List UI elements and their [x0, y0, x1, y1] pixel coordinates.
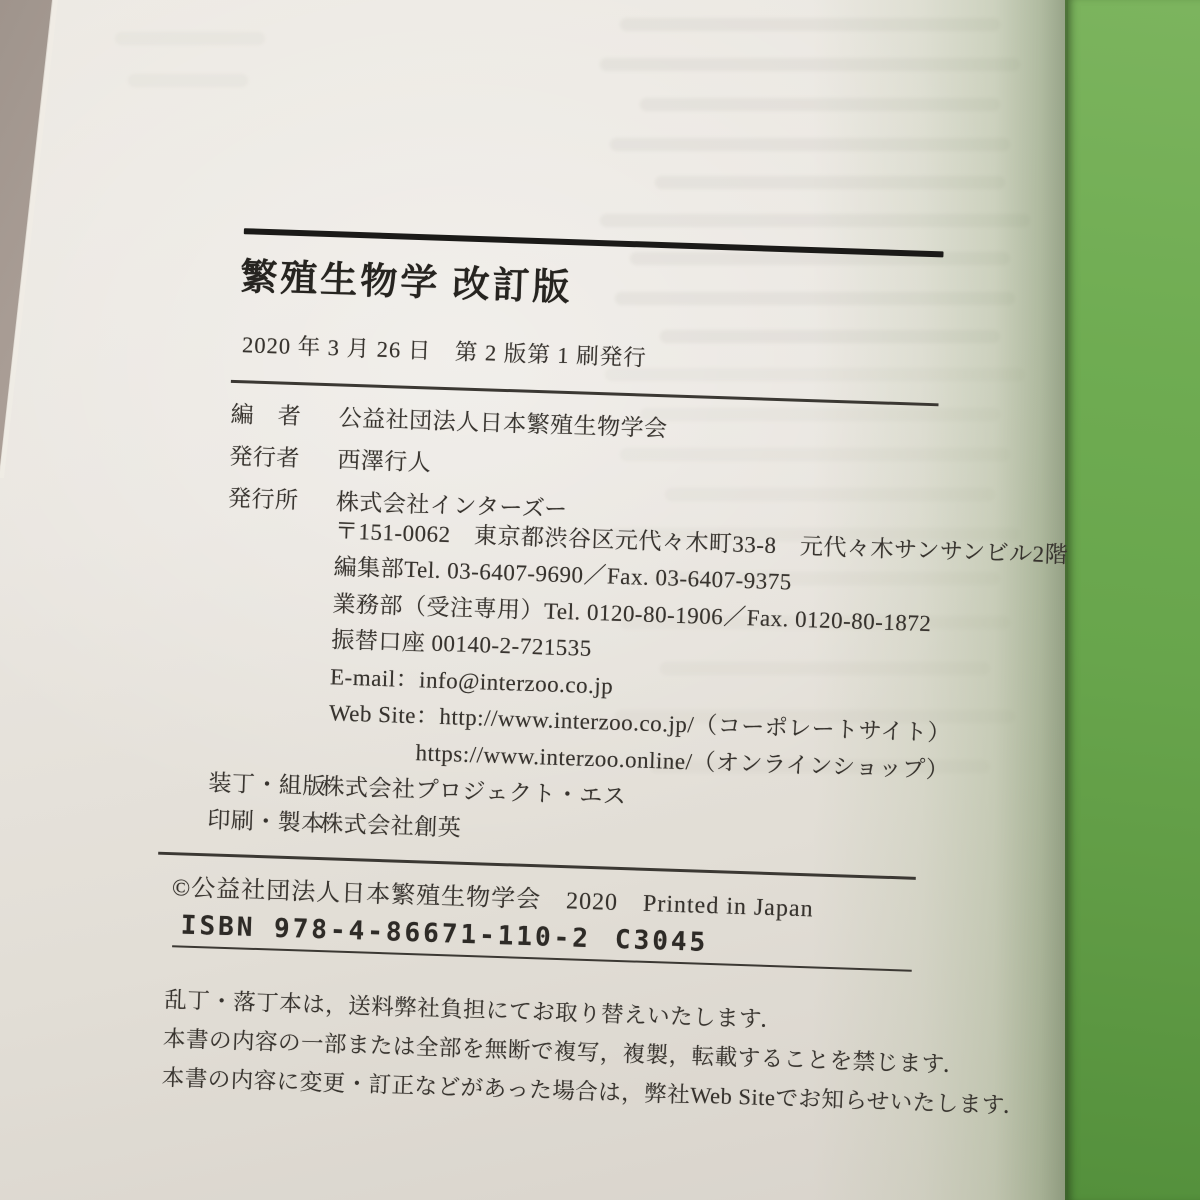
edition-line: 2020 年 3 月 26 日 第 2 版第 1 刷発行 [242, 330, 1095, 388]
design-label: 装丁・組版 [208, 764, 322, 805]
publisher-company-label: 発行所 [227, 477, 336, 523]
book-title: 繁殖生物学 改訂版 [240, 246, 1097, 328]
colophon-content: 繁殖生物学 改訂版 2020 年 3 月 26 日 第 2 版第 1 刷発行 編… [149, 226, 1097, 1127]
c-code: C3045 [614, 924, 708, 957]
bleed-line [115, 32, 265, 45]
printing-value: 株式会社創英 [320, 805, 462, 847]
editor-label: 編 者 [230, 393, 339, 439]
printing-label: 印刷・製本 [207, 801, 321, 842]
publisher-details: 〒151-0062 東京都渋谷区元代々木町33-8 元代々木サンサンビル2階 編… [327, 513, 1088, 793]
bleed-line [128, 74, 248, 87]
publisher-person-label: 発行者 [229, 435, 338, 481]
book-colophon-photo: 繁殖生物学 改訂版 2020 年 3 月 26 日 第 2 版第 1 刷発行 編… [0, 0, 1200, 1200]
publisher-person-value: 西澤行人 [337, 439, 432, 484]
